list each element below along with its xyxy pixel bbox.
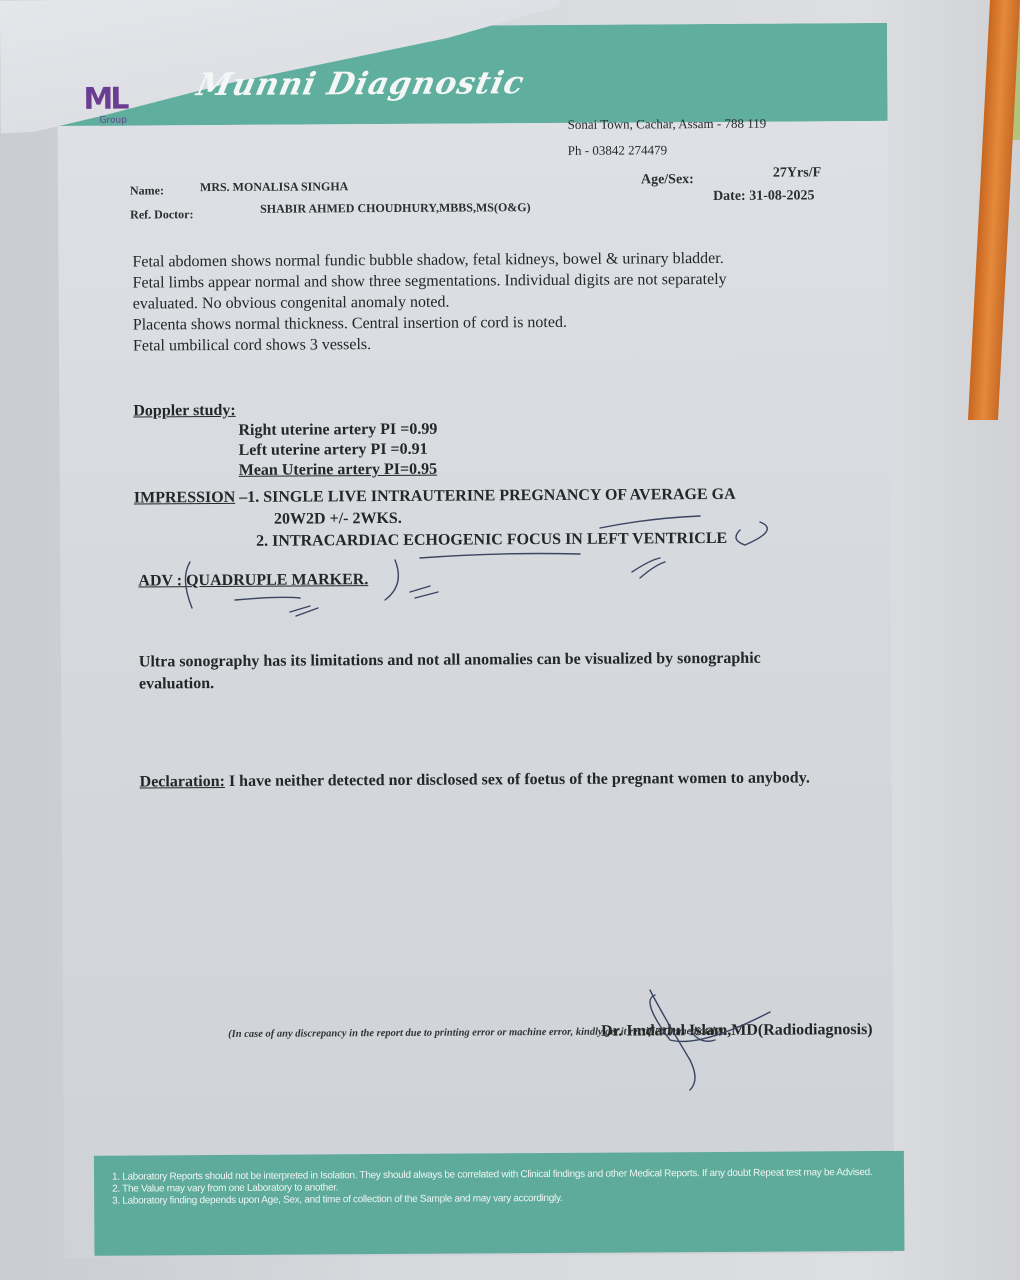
left-uterine-pi: Left uterine artery PI =0.91 — [134, 440, 438, 462]
ref-doctor: SHABIR AHMED CHOUDHURY,MBBS,MS(O&G) — [260, 200, 531, 217]
footer-band: 1. Laboratory Reports should not be inte… — [94, 1151, 905, 1256]
age-sex: 27Yrs/F — [773, 165, 821, 181]
report-page: ML Group Munni Diagnostic Sonai Town, Ca… — [57, 23, 894, 1258]
mean-uterine-pi: Mean Uterine artery PI=0.95 — [134, 460, 438, 482]
impression-line-3: 2. INTRACARDIAC ECHOGENIC FOCUS IN LEFT … — [134, 528, 736, 554]
signatory: Dr. Imdadul Islam,MD(Radiodiagnosis) — [601, 1021, 873, 1041]
footer-notes: 1. Laboratory Reports should not be inte… — [112, 1167, 873, 1208]
advice: ADV : QUADRUPLE MARKER. — [138, 571, 368, 590]
doppler-title: Doppler study: — [133, 400, 437, 422]
logo-subtext: Group — [100, 116, 127, 126]
lab-contact: Sonai Town, Cachar, Assam - 788 119 Ph -… — [568, 116, 767, 169]
doppler-study: Doppler study: Right uterine artery PI =… — [133, 400, 437, 482]
impression-heading: IMPRESSION — [134, 489, 235, 507]
age-sex-label: Age/Sex: — [641, 172, 694, 188]
background-orange-object — [968, 0, 1020, 420]
patient-name: MRS. MONALISA SINGHA — [200, 179, 348, 195]
declaration-label: Declaration: — [140, 773, 225, 791]
ref-doctor-label: Ref. Doctor: — [130, 207, 193, 222]
findings: Fetal abdomen shows normal fundic bubble… — [132, 248, 793, 357]
right-uterine-pi: Right uterine artery PI =0.99 — [133, 420, 437, 442]
finding-line: Fetal umbilical cord shows 3 vessels. — [133, 332, 793, 357]
logo-icon: ML — [83, 82, 126, 117]
impression: IMPRESSION –1. SINGLE LIVE INTRAUTERINE … — [134, 484, 736, 554]
lab-address: Sonai Town, Cachar, Assam - 788 119 — [568, 116, 767, 133]
declaration: Declaration: I have neither detected nor… — [140, 767, 830, 793]
impression-line-1: –1. SINGLE LIVE INTRAUTERINE PREGNANCY O… — [235, 486, 735, 506]
lab-name: Munni Diagnostic — [194, 65, 528, 103]
name-label: Name: — [130, 183, 164, 198]
limitation-note: Ultra sonography has its limitations and… — [139, 647, 829, 695]
report-date: Date: 31-08-2025 — [713, 188, 815, 205]
finding-line: Fetal limbs appear normal and show three… — [132, 269, 792, 294]
lab-logo: ML Group — [83, 86, 138, 128]
declaration-text: I have neither detected nor disclosed se… — [225, 769, 810, 790]
lab-phone: Ph - 03842 274479 — [568, 142, 767, 159]
